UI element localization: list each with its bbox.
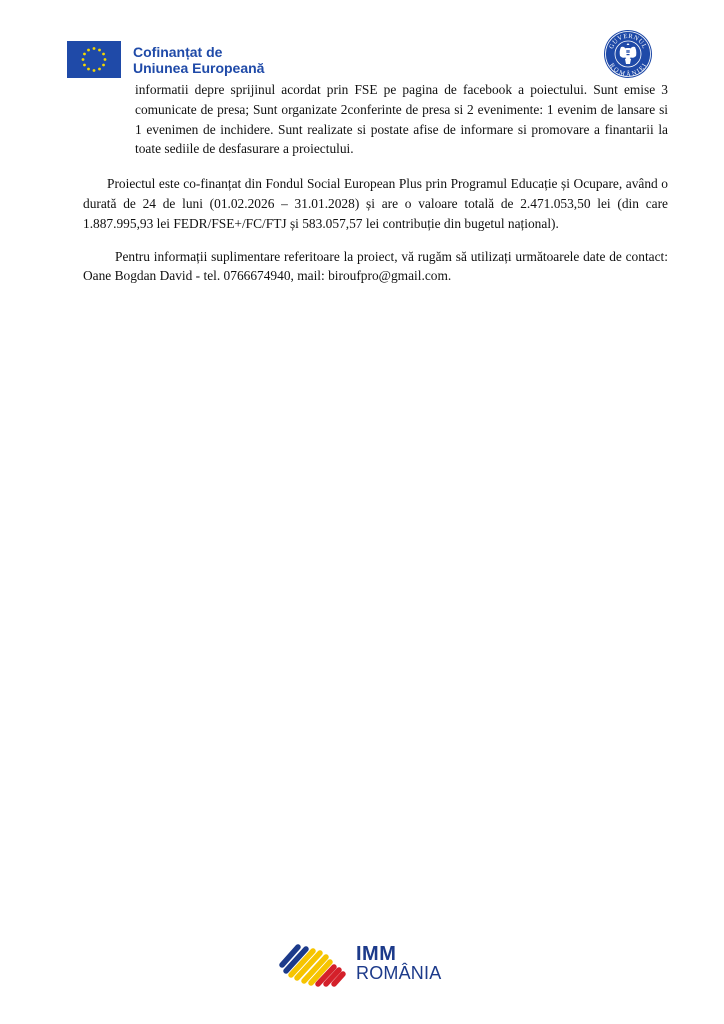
- imm-romania-stripes-icon: [278, 941, 348, 987]
- imm-romania-wordmark: IMM ROMÂNIA: [356, 945, 441, 983]
- eu-logo-line1: Cofinanțat de: [133, 44, 264, 60]
- eu-flag-icon: [67, 41, 121, 78]
- project-funding-paragraph: Proiectul este co-finanțat din Fondul So…: [83, 174, 668, 233]
- imm-romania-logo: IMM ROMÂNIA: [278, 941, 441, 987]
- eu-logo-text: Cofinanțat de Uniunea Europeană: [133, 44, 264, 76]
- eu-logo-line2: Uniunea Europeană: [133, 60, 264, 76]
- document-body: informatii depre sprijinul acordat prin …: [83, 80, 668, 286]
- imm-wordmark-line1: IMM: [356, 945, 441, 964]
- romanian-government-seal-icon: GUVERNUL ROMÂNIEI: [603, 29, 653, 79]
- contact-information-paragraph: Pentru informații suplimentare referitoa…: [83, 247, 668, 287]
- imm-wordmark-line2: ROMÂNIA: [356, 964, 441, 983]
- eu-cofinancing-logo: Cofinanțat de Uniunea Europeană: [67, 41, 264, 78]
- communication-activities-paragraph: informatii depre sprijinul acordat prin …: [135, 80, 668, 159]
